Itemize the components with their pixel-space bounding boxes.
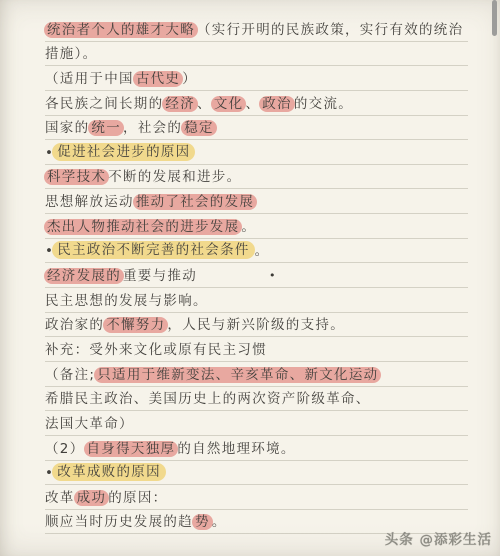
note-line: 思想解放运动推动了社会的发展 — [45, 189, 468, 214]
note-line: • 改革成败的原因 — [45, 461, 468, 486]
note-text: 、 — [245, 96, 260, 112]
note-line: 杰出人物推动社会的进步发展。 — [45, 214, 468, 239]
note-text: 国家的 — [45, 120, 89, 136]
scrollbar-thumb[interactable] — [492, 0, 497, 36]
note-text: 顺应当时历史发展的趋 — [45, 514, 193, 530]
highlight-yellow: 民主政治不断完善的社会条件 — [52, 241, 254, 259]
note-line: 科学技术不断的发展和进步。 — [45, 165, 468, 190]
highlight-pink: 统一 — [88, 120, 124, 136]
note-text: 、 — [197, 96, 212, 112]
note-text: 的交流。 — [294, 96, 353, 112]
note-text: 。 — [241, 219, 256, 235]
note-text: 的自然地理环境。 — [177, 441, 295, 457]
note-text: 。 — [255, 243, 270, 259]
note-text: 政治家的 — [45, 317, 104, 333]
note-text: 措施）。 — [45, 46, 97, 62]
note-line: 民主思想的发展与影响。 — [45, 288, 468, 313]
note-text: 改革 — [45, 490, 75, 506]
note-text: 不断的发展和进步。 — [108, 169, 241, 185]
highlight-pink: 不懈努力 — [103, 317, 168, 333]
highlight-yellow: 促进社会进步的原因 — [52, 143, 195, 161]
note-text: ，社会的 — [123, 120, 182, 136]
note-text: 的原因： — [108, 490, 167, 506]
notebook-page: 统治者个人的雄才大略（实行开明的民族政策，实行有效的统治措施）。（适用于中国古代… — [0, 0, 500, 556]
highlight-pink: 杰出人物推动社会的进步发展 — [44, 219, 242, 235]
highlight-pink: 古代史 — [133, 71, 183, 87]
note-line: • 促进社会进步的原因 — [45, 140, 468, 165]
note-line: 希腊民主政治、美国历史上的两次资产阶级革命、 — [45, 387, 468, 412]
note-text: 思想解放运动 — [45, 194, 134, 210]
note-line: 国家的统一，社会的稳定 — [45, 116, 468, 141]
note-text: （备注; — [45, 367, 95, 383]
note-line: 改革成功的原因： — [45, 485, 468, 510]
note-text: 重要与推动 — [123, 268, 197, 284]
note-line: • 民主政治不断完善的社会条件。 — [45, 239, 468, 264]
highlight-pink: 文化 — [211, 96, 247, 112]
highlight-pink: 科学技术 — [44, 169, 109, 185]
note-text: 各民族之间长期的 — [45, 96, 163, 112]
note-line: （备注;只适用于维新变法、辛亥革命、新文化运动 — [45, 362, 468, 387]
highlight-pink: 政治 — [259, 96, 295, 112]
watermark: 头条 @添彩生活 — [385, 528, 492, 548]
note-line: 统治者个人的雄才大略（实行开明的民族政策，实行有效的统治 — [45, 17, 468, 42]
highlight-pink: 成功 — [74, 490, 110, 506]
note-line: 措施）。 — [45, 42, 468, 67]
note-line: 各民族之间长期的经济、文化、政治的交流。 — [45, 91, 468, 116]
note-text: ，人民与新兴阶级的支持。 — [167, 317, 345, 333]
note-text: 。 — [212, 514, 227, 530]
note-line: 经济发展的重要与推动• — [45, 263, 468, 288]
note-text: ） — [182, 71, 197, 87]
note-line: 政治家的不懈努力，人民与新兴阶级的支持。 — [45, 313, 468, 338]
note-lines: 统治者个人的雄才大略（实行开明的民族政策，实行有效的统治措施）。（适用于中国古代… — [45, 17, 468, 556]
note-line: （2）自身得天独厚的自然地理环境。 — [45, 436, 468, 461]
note-line: 补充：受外来文化或原有民主习惯 — [45, 337, 468, 362]
highlight-pink: 经济 — [162, 96, 198, 112]
highlight-pink: 势 — [192, 514, 213, 530]
highlight-pink: 经济发展的 — [44, 268, 124, 284]
highlight-pink: 推动了社会的发展 — [133, 194, 257, 210]
note-text: 希腊民主政治、美国历史上的两次资产阶级革命、 — [45, 391, 371, 407]
note-text: 法国大革命） — [45, 416, 134, 432]
highlight-pink: 自身得天独厚 — [84, 441, 179, 457]
note-text: 补充：受外来文化或原有民主习惯 — [45, 342, 267, 358]
highlight-pink: 只适用于维新变法、辛亥革命、新文化运动 — [94, 367, 381, 383]
highlight-yellow: 改革成败的原因 — [52, 463, 166, 481]
highlight-pink: 稳定 — [181, 120, 217, 136]
note-text: 民主思想的发展与影响。 — [45, 293, 208, 309]
note-text: （实行开明的民族政策，实行有效的统治 — [197, 22, 463, 38]
note-text: （适用于中国 — [45, 71, 134, 87]
highlight-pink: 统治者个人的雄才大略 — [44, 22, 198, 38]
note-line: （适用于中国古代史） — [45, 66, 468, 91]
stray-bullet-dot: • — [269, 268, 277, 284]
note-text: （2） — [45, 441, 85, 457]
note-line: 法国大革命） — [45, 411, 468, 436]
